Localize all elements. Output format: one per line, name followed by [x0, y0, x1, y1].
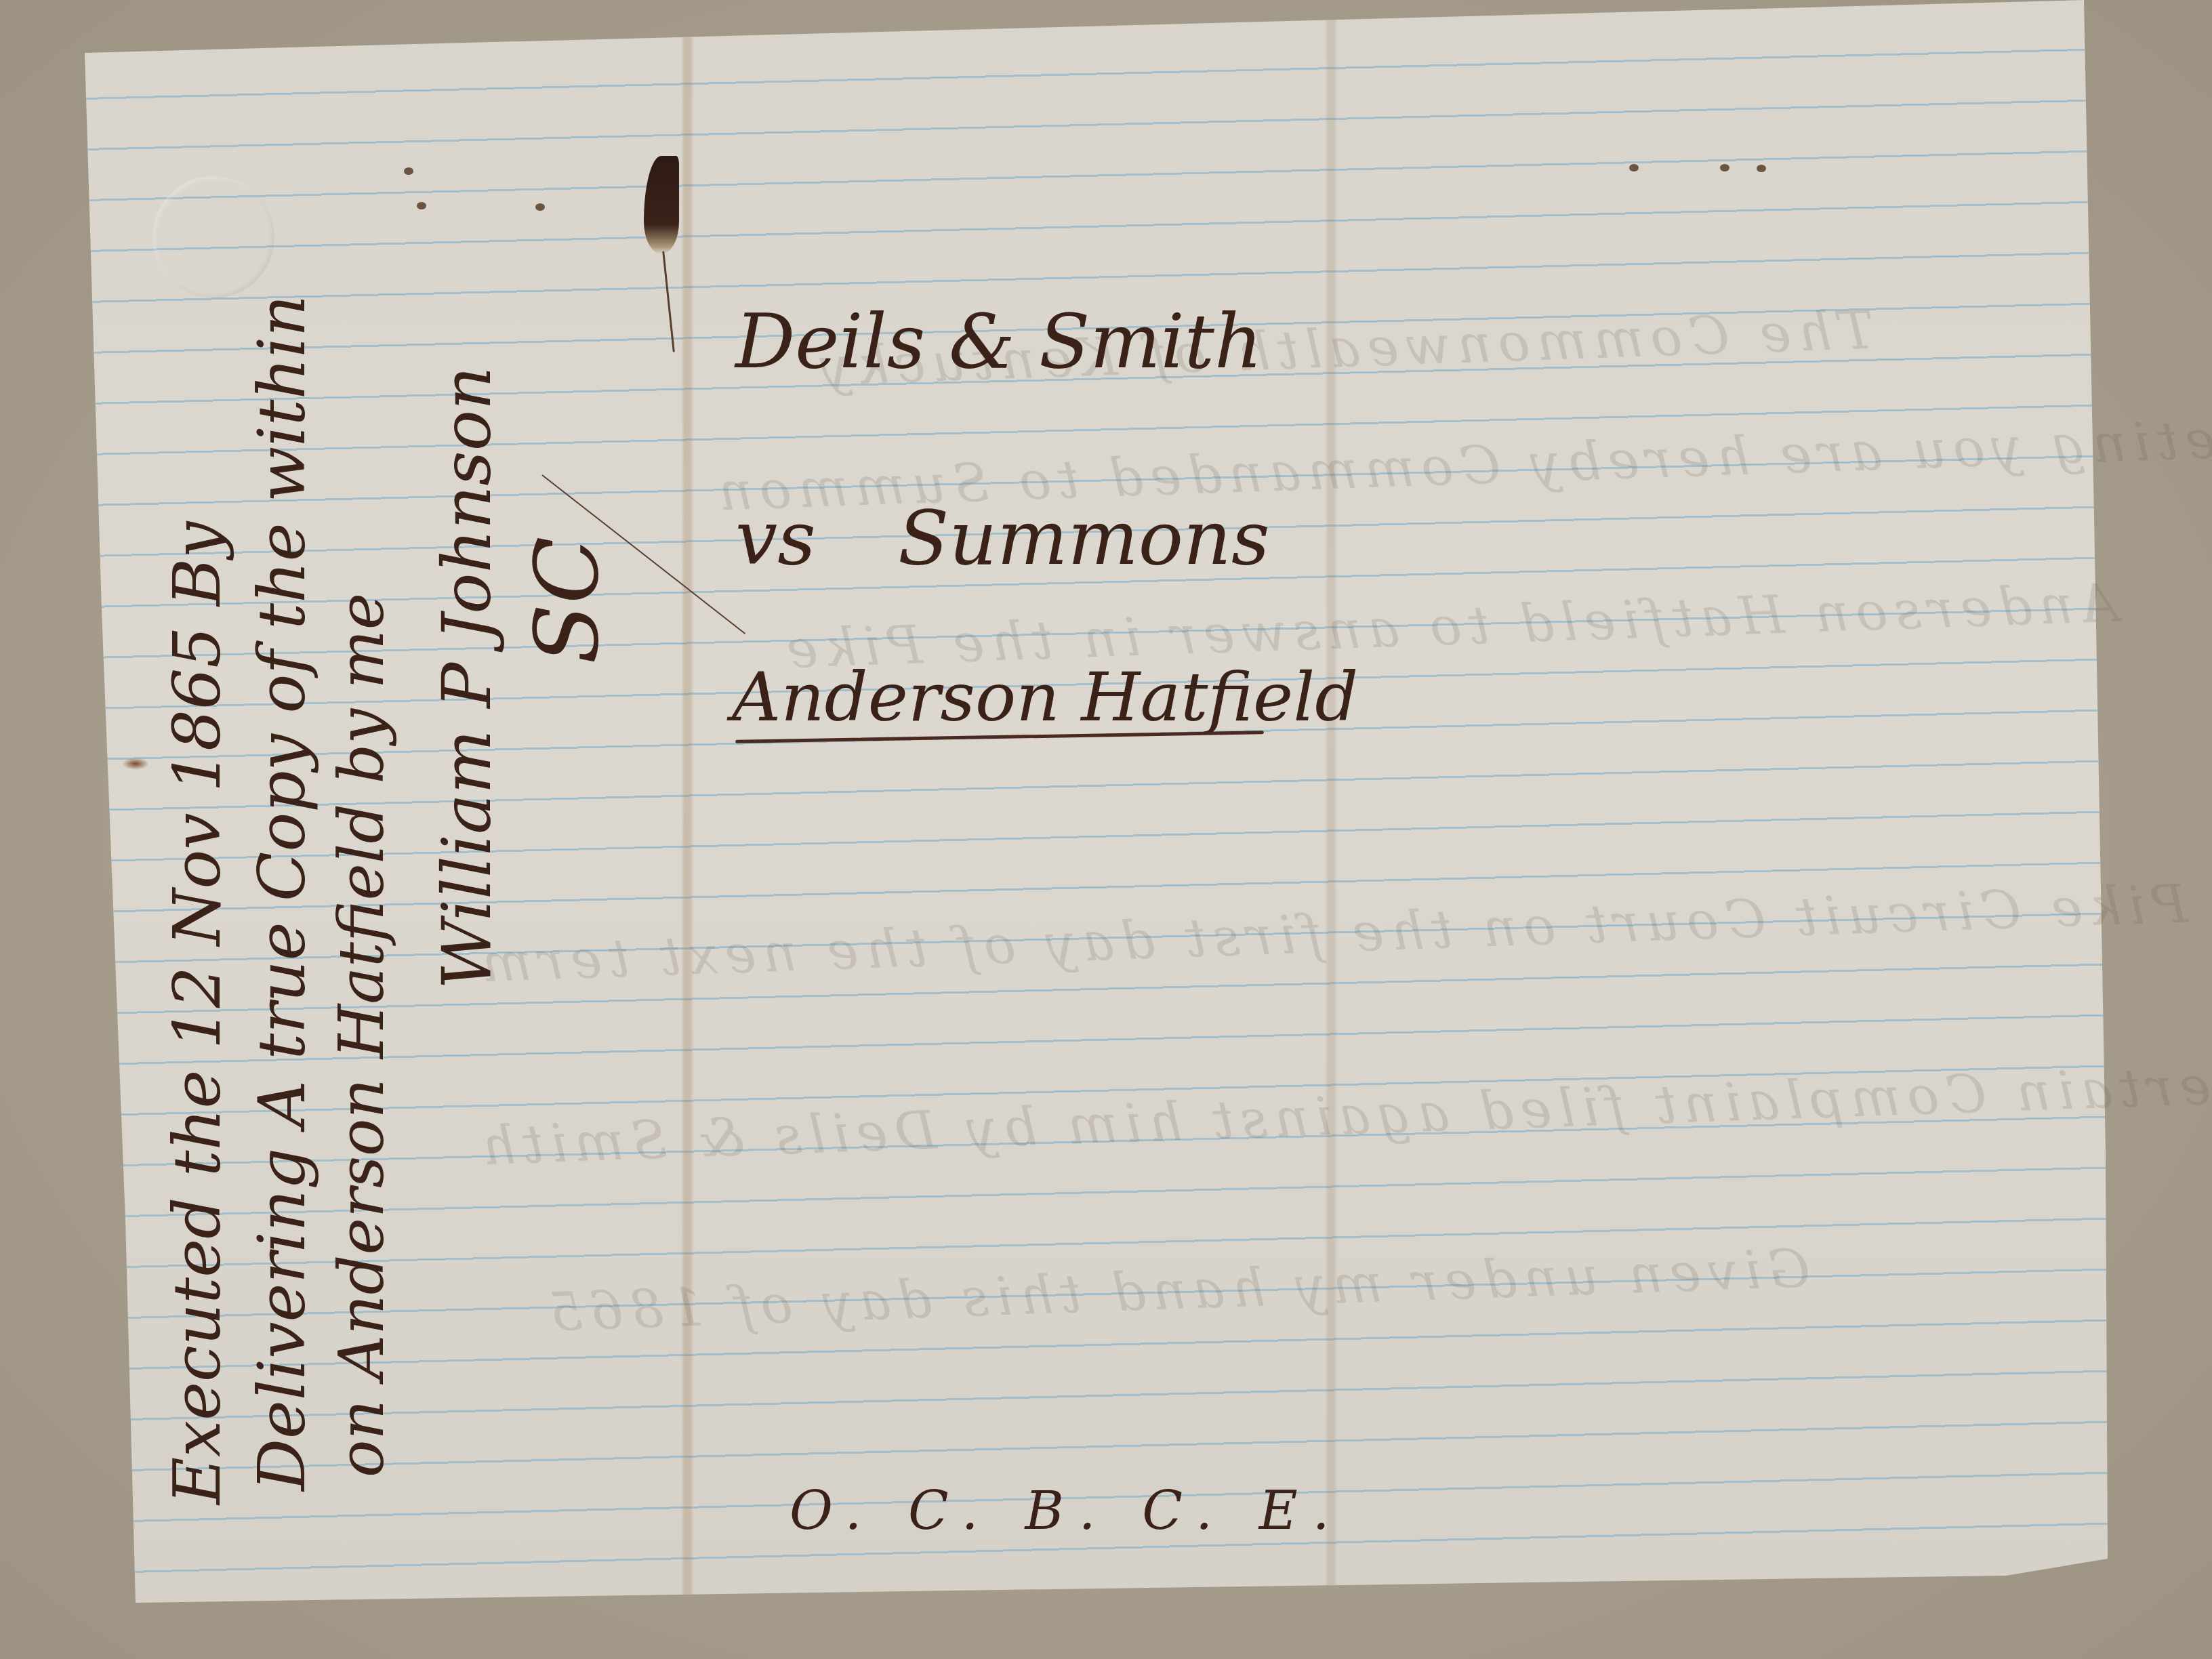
pin-hole [404, 167, 413, 175]
plaintiff-name: Deils & Smith [735, 298, 1263, 385]
footer-initials: O. C. B. C. E. [790, 1481, 1345, 1542]
pin-hole [1720, 164, 1729, 171]
photo-background: The Commonwealth of Kentucky Greeting yo… [0, 0, 2212, 1659]
versus-label: vs [735, 495, 816, 581]
pin-hole [417, 202, 426, 209]
pin-hole [1629, 164, 1639, 171]
defendant-name: Anderson Hatfield [732, 657, 1358, 737]
officer-title: SC [515, 536, 618, 664]
embossed-seal [152, 176, 274, 298]
case-type: Summons [898, 495, 1269, 581]
pin-hole [1757, 165, 1766, 172]
pin-hole [535, 203, 545, 211]
return-line-1: Executed the 12 Nov 1865 By [159, 521, 235, 1504]
rust-stain [122, 758, 149, 770]
officer-signature: William P Johnson [427, 367, 506, 989]
return-line-3: on Anderson Hatfield by me [325, 593, 398, 1477]
return-line-2: Delivering A true Copy of the within [244, 295, 320, 1491]
